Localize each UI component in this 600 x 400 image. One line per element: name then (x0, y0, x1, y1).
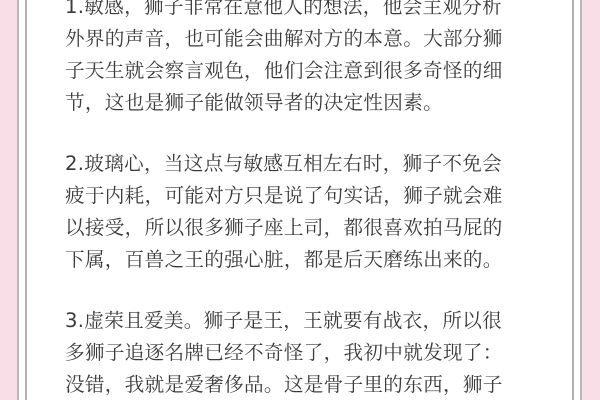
text-line: 节，这也是狮子能做领导者的决定性因素。 (65, 87, 535, 119)
page: 1.敏感，狮子非常在意他人的想法，他会主观分析 外界的声音，也可能会曲解对方的本… (0, 0, 600, 400)
text-line: 以接受，所以很多狮子座上司，都很喜欢拍马屁的 (65, 212, 535, 244)
text-line: 疲于内耗，可能对方只是说了句实话，狮子就会难 (65, 180, 535, 212)
article-body: 1.敏感，狮子非常在意他人的想法，他会主观分析 外界的声音，也可能会曲解对方的本… (65, 0, 535, 400)
text-line: 1.敏感，狮子非常在意他人的想法，他会主观分析 (65, 0, 535, 23)
text-line: 多狮子追逐名牌已经不奇怪了，我初中就发现了： (65, 337, 535, 369)
text-line: 子天生就会察言观色，他们会注意到很多奇怪的细 (65, 55, 535, 87)
paragraph-sensitive: 1.敏感，狮子非常在意他人的想法，他会主观分析 外界的声音，也可能会曲解对方的本… (65, 0, 535, 119)
text-line: 外界的声音，也可能会曲解对方的本意。大部分狮 (65, 23, 535, 55)
text-line: 下属，百兽之王的强心脏，都是后天磨练出来的。 (65, 244, 535, 276)
text-line: 没错，我就是爱奢侈品。这是骨子里的东西，狮子 (65, 369, 535, 400)
text-line: 2.玻璃心，当这点与敏感互相左右时，狮子不免会 (65, 148, 535, 180)
paragraph-vanity: 3.虚荣且爱美。狮子是王，王就要有战衣，所以很 多狮子追逐名牌已经不奇怪了，我初… (65, 305, 535, 400)
text-line: 3.虚荣且爱美。狮子是王，王就要有战衣，所以很 (65, 305, 535, 337)
paragraph-fragile-heart: 2.玻璃心，当这点与敏感互相左右时，狮子不免会 疲于内耗，可能对方只是说了句实话… (65, 148, 535, 276)
